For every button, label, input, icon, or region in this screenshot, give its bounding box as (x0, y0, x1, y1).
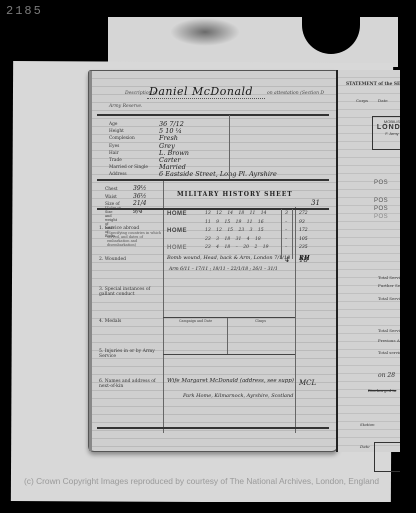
years-column-line (281, 209, 282, 259)
section-wounded: 2. Wounded (99, 257, 126, 262)
sheet-left-fold (89, 71, 92, 451)
section-medals: 4. Medals (99, 319, 121, 324)
military-history-sheet: Description of Daniel McDonald on attest… (88, 70, 338, 452)
column-corps: Corps (356, 98, 368, 103)
personal-divider (229, 115, 230, 179)
personal-row-trade: TradeCarter (99, 157, 319, 164)
post-label: POS (374, 214, 388, 220)
wounded-marks: RH (299, 255, 310, 262)
service-row: HOME23 4 18 – 20 2 19–235 (167, 245, 317, 254)
service-row: HOME13 12 14 18 11 143272 (167, 211, 317, 220)
post-label: POS (374, 206, 388, 212)
post-label: POS (374, 198, 388, 204)
description-suffix: on attestation (Section D (267, 91, 324, 96)
section-service-abroad: 1. Service abroad (Specifying countries … (99, 226, 161, 247)
days-column-line (292, 209, 293, 259)
service-row: 11 9 15 19 11 16–93 (167, 220, 317, 229)
statement-of-service-sheet: STATEMENT of the SERV Corps Date MOBILIS… (336, 70, 400, 452)
section-injuries: 5. Injuries in or by Army Service (99, 349, 161, 359)
army-reserve-label: Army Reserve. (109, 104, 142, 109)
copyright-notice: (c) Crown Copyright Images reproduced by… (24, 476, 394, 486)
divider (97, 208, 329, 210)
scan-reference-number: 2185 (6, 4, 43, 18)
medals-table: Campaign and Date Clasps (163, 317, 295, 361)
wounded-dates: Arm 6/11 – 17/11 ; 18/11 – 22/1/18 ; 26/… (169, 267, 299, 272)
medals-bottom-line (163, 354, 295, 355)
medals-column-divider (227, 318, 228, 354)
scan-bottom-edge (0, 502, 416, 513)
divider (97, 179, 329, 181)
station-label: Station (360, 422, 375, 427)
service-row: HOME13 12 15 23 3 15–172 (167, 228, 317, 237)
scan-right-edge (400, 60, 416, 513)
personal-row-hair: HairL. Brown (99, 150, 319, 157)
personal-row-height: Height5 10 ¼ (99, 128, 319, 135)
next-of-kin-address: Park Home, Kilmarnock, Ayrshire, Scotlan… (183, 393, 293, 399)
medals-header-clasps: Clasps (255, 319, 266, 323)
date-label: Date (360, 444, 370, 449)
personal-row-eyes: EyesGrey (99, 143, 319, 150)
next-of-kin-text: Wife Margaret McDonald (address, see sup… (167, 378, 294, 384)
column-date: Date (378, 98, 388, 103)
side-sheet-title: STATEMENT of the SERV (346, 82, 407, 87)
section-gallant-conduct: 3. Special instances of gallant conduct (99, 287, 161, 297)
next-of-kin-initials: MCL (299, 379, 316, 387)
medals-header-campaign: Campaign and Date (179, 319, 212, 323)
personal-row-address: Address6 Eastside Street, Long Pl. Ayrsh… (99, 171, 319, 178)
name-underline (147, 98, 265, 99)
wounded-text: Bomb wound, Head, back & Arm, London 7/1… (167, 255, 290, 261)
personal-row-complexion: ComplexionFresh (99, 135, 319, 142)
soldier-name: Daniel McDonald (149, 85, 253, 98)
personal-row-age: Age36 7/12 (99, 121, 319, 128)
personal-details: Age36 7/12 Height5 10 ¼ ComplexionFresh … (99, 121, 319, 179)
service-margin-note: 31 (311, 199, 320, 207)
label-column-divider (163, 181, 164, 433)
service-row: 23 3 18 31 4 18–105 (167, 237, 317, 246)
scan-shadow (170, 18, 240, 46)
divider (97, 427, 329, 429)
date-on: on 28 (378, 372, 395, 379)
post-label: POS (374, 180, 388, 186)
section-next-of-kin: 6. Names and address of next-of-kin (99, 379, 161, 389)
sheet-title: MILITARY HISTORY SHEET (177, 191, 293, 198)
divider (97, 114, 329, 116)
discharged-label: Discharged in (368, 388, 396, 393)
